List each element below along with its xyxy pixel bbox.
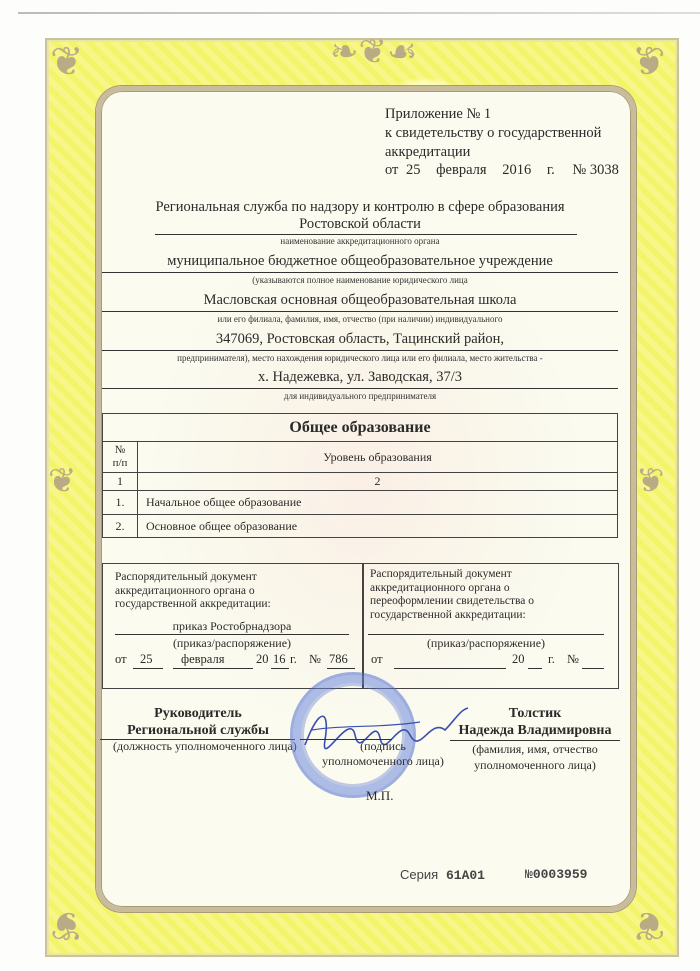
entity-address-underline: [102, 350, 618, 351]
entity-address-caption: предпринимателя), место нахождения юриди…: [102, 353, 618, 363]
certificate-number: 3038: [590, 162, 619, 178]
month-underline: [173, 668, 253, 669]
order-year-label: г.: [548, 652, 555, 667]
order-right-type-underline: [368, 634, 604, 635]
number-label: №: [572, 162, 586, 178]
row-level: Начальное общее образование: [138, 491, 618, 515]
date-year: 2016: [502, 162, 531, 178]
order-right-heading: Распорядительный документ аккредитационн…: [370, 568, 534, 622]
surname: Толстик: [450, 705, 620, 722]
signatory-position: Руководитель Региональной службы: [108, 705, 288, 739]
date-prefix: от: [115, 652, 127, 667]
blank-number-value: 0003959: [533, 867, 588, 882]
authority-line1: Региональная служба по надзору и контрол…: [102, 199, 618, 216]
blank-number-label: №: [525, 867, 533, 882]
year-underline: [271, 668, 289, 669]
name-caption-line1: (фамилия, имя, отчество: [455, 741, 615, 757]
date-day: 25: [406, 162, 421, 178]
table-title: Общее образование: [103, 414, 618, 442]
col-index-1: 1: [103, 473, 138, 491]
order-left-type-underline: [115, 634, 349, 635]
appendix-date: от 25 февраля 2016 г. № 3038: [385, 162, 619, 179]
col-index-2: 2: [138, 473, 618, 491]
order-year-suffix: 16: [273, 652, 286, 667]
order-left-date: от 25 февраля 20 16 г. № 786: [115, 652, 355, 670]
signatory-name: Толстик Надежда Владимировна: [450, 705, 620, 739]
order-year-prefix: 20: [256, 652, 269, 667]
entity-name-caption: или его филиала, фамилия, имя, отчество …: [102, 314, 618, 324]
order-left-caption: (приказ/распоряжение): [115, 636, 349, 651]
corner-ornament-icon: ❦: [50, 905, 84, 945]
signature-caption: (подпись уполномоченного лица): [318, 739, 448, 769]
position-line1: Руководитель: [108, 705, 288, 722]
row-num: 2.: [103, 515, 138, 538]
heading-line: аккредитационного органа о: [370, 582, 534, 596]
heading-line: Распорядительный документ: [115, 571, 271, 585]
blank-number: №0003959: [525, 867, 587, 882]
entity-address-line1: 347069, Ростовская область, Тацинский ра…: [102, 331, 618, 348]
day-underline: [133, 668, 163, 669]
date-month: февраля: [436, 162, 486, 178]
heading-line: Распорядительный документ: [370, 568, 534, 582]
order-left-heading: Распорядительный документ аккредитационн…: [115, 571, 271, 612]
order-number-label: №: [309, 652, 321, 667]
series: Серия 61А01: [400, 867, 485, 883]
entity-address2-underline: [102, 388, 618, 389]
order-number: 786: [329, 652, 348, 667]
left-side-ornament-icon: ❦: [48, 465, 77, 499]
appendix-line2: к свидетельству о государственной: [385, 125, 601, 142]
authority-caption: наименование аккредитационного органа: [102, 236, 618, 246]
heading-line: государственной аккредитации:: [370, 609, 534, 623]
row-num: 1.: [103, 491, 138, 515]
entity-legal-underline: [102, 272, 618, 273]
date-year-suffix: г.: [547, 162, 555, 178]
entity-name-underline: [102, 311, 618, 312]
order-left-type: приказ Ростобрнадзора: [115, 619, 349, 634]
date-underline: [394, 668, 506, 669]
authority-line2: Ростовской области: [102, 216, 618, 233]
entity-legal-form: муниципальное бюджетное общеобразователь…: [102, 253, 618, 270]
series-label: Серия: [400, 867, 438, 882]
col-level-header: Уровень образования: [138, 442, 618, 473]
order-month: февраля: [181, 652, 224, 667]
table-row: 1. Начальное общее образование: [103, 491, 618, 515]
heading-line: переоформлении свидетельства о: [370, 595, 534, 609]
heading-line: аккредитационного органа о: [115, 585, 271, 599]
entity-name: Масловская основная общеобразовательная …: [102, 292, 618, 309]
number-underline: [582, 668, 604, 669]
given-names: Надежда Владимировна: [450, 722, 620, 739]
position-line2: Региональной службы: [108, 722, 288, 739]
order-number-label: №: [567, 652, 579, 667]
order-year-label: г.: [290, 652, 297, 667]
entity-address-line2: х. Надежевка, ул. Заводская, 37/3: [102, 369, 618, 386]
signature-caption-line2: уполномоченного лица): [318, 754, 448, 769]
corner-ornament-icon: ❦: [632, 905, 666, 945]
entity-legal-caption: (указываются полное наименование юридиче…: [102, 275, 618, 285]
entity-ip-caption: для индивидуального предпринимателя: [102, 391, 618, 401]
year-underline: [528, 668, 542, 669]
corner-ornament-icon: ❦: [50, 42, 84, 82]
row-level: Основное общее образование: [138, 515, 618, 538]
authority-underline: [155, 234, 577, 235]
date-prefix: от: [385, 162, 398, 178]
order-year-prefix: 20: [512, 652, 525, 667]
corner-ornament-icon: ❦: [632, 42, 666, 82]
order-right-date: от 20 г. №: [368, 652, 608, 670]
order-right-caption: (приказ/распоряжение): [368, 636, 604, 651]
stamp-place-label: М.П.: [366, 788, 393, 804]
col-num-header: № п/п: [103, 442, 138, 473]
table-row: 2. Основное общее образование: [103, 515, 618, 538]
order-day: 25: [140, 652, 153, 667]
number-underline: [327, 668, 355, 669]
right-side-ornament-icon: ❦: [636, 465, 665, 499]
name-caption-line2: уполномоченного лица): [455, 757, 615, 773]
series-value: 61А01: [446, 868, 485, 883]
name-caption: (фамилия, имя, отчество уполномоченного …: [455, 741, 615, 773]
top-center-ornament-icon: ❧❦☙: [330, 36, 417, 70]
position-caption: (должность уполномоченного лица): [113, 739, 297, 754]
appendix-title: Приложение № 1: [385, 106, 491, 123]
signature-caption-line1: (подпись: [318, 739, 448, 754]
appendix-line3: аккредитации: [385, 144, 470, 161]
education-levels-table: Общее образование № п/п Уровень образова…: [102, 413, 618, 538]
heading-line: государственной аккредитации:: [115, 598, 271, 612]
date-prefix: от: [371, 652, 383, 667]
scan-edge-line: [18, 12, 700, 14]
